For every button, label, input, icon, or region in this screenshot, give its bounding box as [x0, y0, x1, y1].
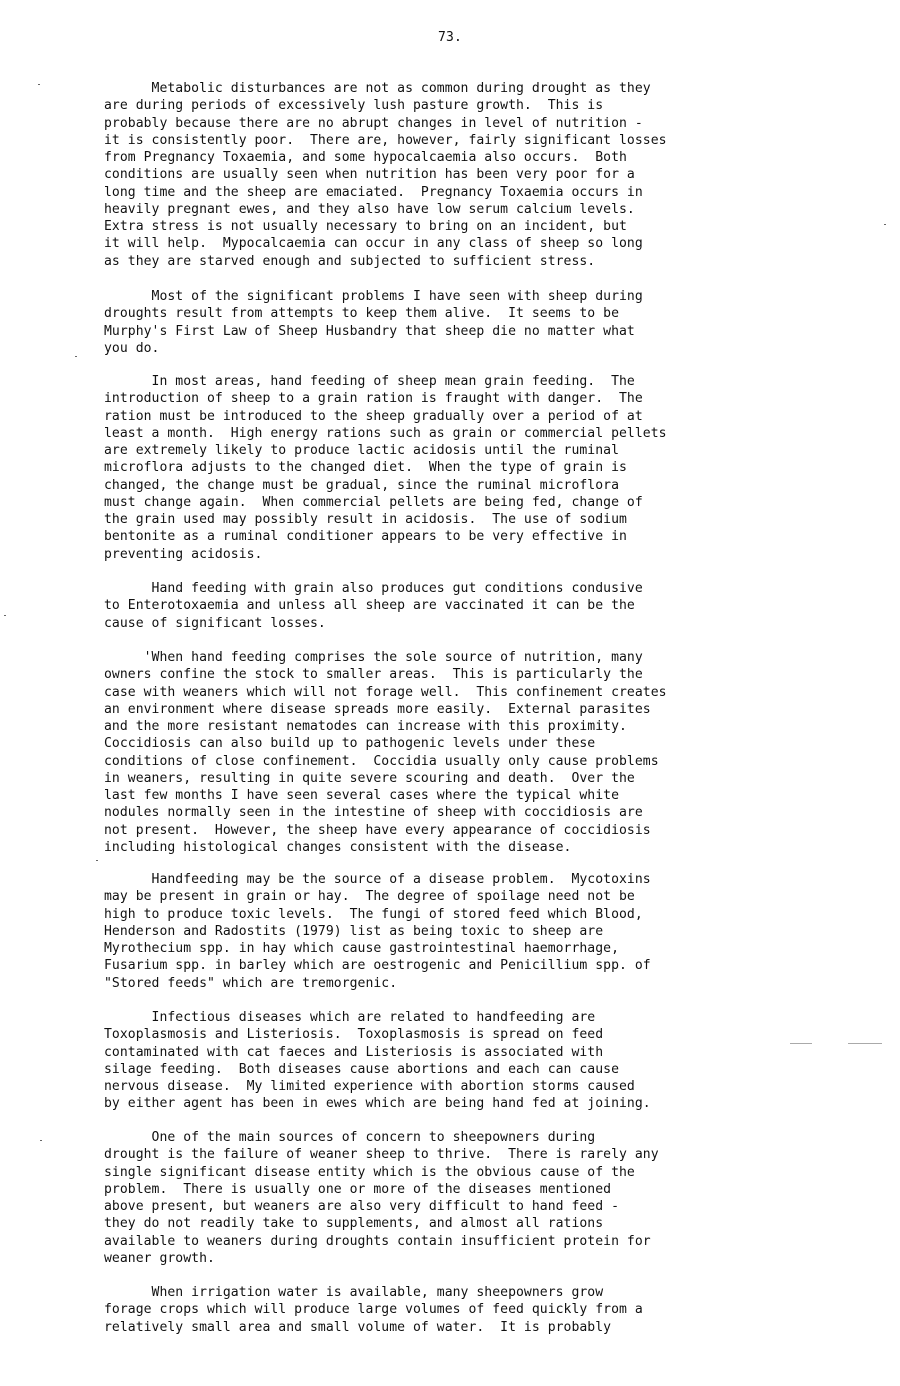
text-line: drought is the failure of weaner sheep t…: [104, 1146, 659, 1163]
scan-speck: [38, 84, 40, 85]
text-line: you do.: [104, 340, 643, 357]
text-line: by either agent has been in ewes which a…: [104, 1095, 651, 1112]
text-line: from Pregnancy Toxaemia, and some hypoca…: [104, 149, 667, 166]
text-line: nervous disease. My limited experience w…: [104, 1078, 651, 1095]
paragraph-weaner-failure: One of the main sources of concern to sh…: [104, 1129, 659, 1267]
text-line: in weaners, resulting in quite severe sc…: [104, 770, 667, 787]
scan-speck: [4, 615, 6, 616]
text-line: an environment where disease spreads mor…: [104, 701, 667, 718]
scan-speck: [884, 224, 886, 225]
text-line: problem. There is usually one or more of…: [104, 1181, 659, 1198]
text-line: owners confine the stock to smaller area…: [104, 666, 667, 683]
text-line: not present. However, the sheep have eve…: [104, 822, 667, 839]
paragraph-metabolic-disturbances: Metabolic disturbances are not as common…: [104, 80, 667, 270]
text-line: Most of the significant problems I have …: [104, 288, 643, 305]
text-line: least a month. High energy rations such …: [104, 425, 667, 442]
text-line: microflora adjusts to the changed diet. …: [104, 459, 667, 476]
text-line: bentonite as a ruminal conditioner appea…: [104, 528, 667, 545]
text-line: When irrigation water is available, many…: [104, 1284, 643, 1301]
text-line: available to weaners during droughts con…: [104, 1233, 659, 1250]
text-line: long time and the sheep are emaciated. P…: [104, 184, 667, 201]
text-line: In most areas, hand feeding of sheep mea…: [104, 373, 667, 390]
text-line: conditions of close confinement. Coccidi…: [104, 753, 667, 770]
text-line: Hand feeding with grain also produces gu…: [104, 580, 643, 597]
text-line: contaminated with cat faeces and Listeri…: [104, 1044, 651, 1061]
text-line: Murphy's First Law of Sheep Husbandry th…: [104, 323, 643, 340]
text-line: it is consistently poor. There are, howe…: [104, 132, 667, 149]
scan-speck: [96, 860, 98, 861]
text-line: single significant disease entity which …: [104, 1164, 659, 1181]
text-line: last few months I have seen several case…: [104, 787, 667, 804]
text-line: conditions are usually seen when nutriti…: [104, 166, 667, 183]
paragraph-grain-feeding: In most areas, hand feeding of sheep mea…: [104, 373, 667, 563]
text-line: they do not readily take to supplements,…: [104, 1215, 659, 1232]
text-line: Myrothecium spp. in hay which cause gast…: [104, 940, 651, 957]
paragraph-enterotoxaemia: Hand feeding with grain also produces gu…: [104, 580, 643, 632]
scan-speck: [75, 356, 77, 357]
text-line: droughts result from attempts to keep th…: [104, 305, 643, 322]
scan-speck: [848, 1043, 882, 1044]
text-line: case with weaners which will not forage …: [104, 684, 667, 701]
text-line: and the more resistant nematodes can inc…: [104, 718, 667, 735]
text-line: One of the main sources of concern to sh…: [104, 1129, 659, 1146]
paragraph-infectious-diseases: Infectious diseases which are related to…: [104, 1009, 651, 1113]
text-line: may be present in grain or hay. The degr…: [104, 888, 651, 905]
text-line: Coccidiosis can also build up to pathoge…: [104, 735, 667, 752]
text-line: introduction of sheep to a grain ration …: [104, 390, 667, 407]
scan-speck: [790, 1043, 812, 1044]
text-line: weaner growth.: [104, 1250, 659, 1267]
text-line: nodules normally seen in the intestine o…: [104, 804, 667, 821]
text-line: Metabolic disturbances are not as common…: [104, 80, 667, 97]
text-line: Handfeeding may be the source of a disea…: [104, 871, 651, 888]
text-line: heavily pregnant ewes, and they also hav…: [104, 201, 667, 218]
text-line: as they are starved enough and subjected…: [104, 253, 667, 270]
paragraph-mycotoxins: Handfeeding may be the source of a disea…: [104, 871, 651, 992]
text-line: forage crops which will produce large vo…: [104, 1301, 643, 1318]
text-line: Infectious diseases which are related to…: [104, 1009, 651, 1026]
text-line: Henderson and Radostits (1979) list as b…: [104, 923, 651, 940]
text-line: Fusarium spp. in barley which are oestro…: [104, 957, 651, 974]
text-line: relatively small area and small volume o…: [104, 1319, 643, 1336]
text-line: ration must be introduced to the sheep g…: [104, 408, 667, 425]
text-line: the grain used may possibly result in ac…: [104, 511, 667, 528]
text-line: it will help. Mypocalcaemia can occur in…: [104, 235, 667, 252]
text-line: are during periods of excessively lush p…: [104, 97, 667, 114]
text-line: high to produce toxic levels. The fungi …: [104, 906, 651, 923]
text-line: must change again. When commercial pelle…: [104, 494, 667, 511]
text-line: Extra stress is not usually necessary to…: [104, 218, 667, 235]
page-number: 73.: [0, 30, 900, 45]
text-line: probably because there are no abrupt cha…: [104, 115, 667, 132]
text-line: including histological changes consisten…: [104, 839, 667, 856]
paragraph-significant-problems: Most of the significant problems I have …: [104, 288, 643, 357]
paragraph-confinement: 'When hand feeding comprises the sole so…: [104, 649, 667, 856]
text-line: cause of significant losses.: [104, 615, 643, 632]
text-line: to Enterotoxaemia and unless all sheep a…: [104, 597, 643, 614]
text-line: preventing acidosis.: [104, 546, 667, 563]
paragraph-irrigation: When irrigation water is available, many…: [104, 1284, 643, 1336]
text-line: Toxoplasmosis and Listeriosis. Toxoplasm…: [104, 1026, 651, 1043]
text-line: changed, the change must be gradual, sin…: [104, 477, 667, 494]
text-line: silage feeding. Both diseases cause abor…: [104, 1061, 651, 1078]
text-line: "Stored feeds" which are tremorgenic.: [104, 975, 651, 992]
scan-speck: [40, 1140, 42, 1141]
text-line: are extremely likely to produce lactic a…: [104, 442, 667, 459]
text-line: 'When hand feeding comprises the sole so…: [104, 649, 667, 666]
text-line: above present, but weaners are also very…: [104, 1198, 659, 1215]
